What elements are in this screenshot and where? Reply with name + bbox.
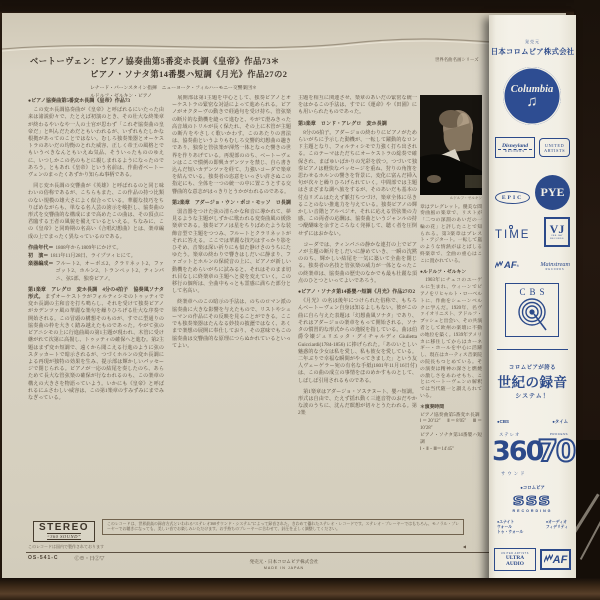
label-logo-row-2: EPIC PYE xyxy=(495,175,570,210)
recording-word: RECORDING xyxy=(489,509,576,513)
photograph-scene: ベートーヴェン：ピアノ協奏曲第5番変ホ長調《皇帝》作品73＊ ピアノ・ソナタ第1… xyxy=(0,0,600,600)
united-artists-logo: UNITED ARTISTS xyxy=(539,138,570,157)
company-name: 日本コロムビア株式会社 xyxy=(489,46,576,57)
artists-word: ARTISTS xyxy=(544,148,565,153)
domestic-pressing-text: このレコードは国内で製作されております xyxy=(28,544,104,550)
conductor-credit: レナード・バーンスタイン指揮 ニューヨーク・フィルハーモニー交響楽団＊ xyxy=(90,84,257,91)
obi-strip: 発売元 日本コロムビア株式会社 Columbia ♫ Disneyland RE… xyxy=(489,15,576,596)
music-notes-icon: ♫ xyxy=(526,95,537,109)
album-title-line2: ピアノ・ソナタ第14番嬰ハ短調《月光》作品27の2 xyxy=(90,68,287,80)
reflection-streak xyxy=(576,493,600,542)
movement1-text: まずオーケストラがフォルティシモのトゥッティで変ホ長調の主和音を打ち鳴らし、それ… xyxy=(28,294,164,401)
bottom-logo-row: UNITED ARTISTS ULTRA AUDIO AF xyxy=(494,548,571,571)
label-logo-row-3: TIME VJ VEE JAY RECORDS xyxy=(495,217,570,247)
liner-paragraph: 8分の6拍子。アダージョの終わりにピアノがためらいがちに予示した動機が、一転して… xyxy=(298,130,417,238)
data-value: 1811年11月28日、ライプツィヒにて。 xyxy=(50,253,164,260)
liner-paragraph: コーダでは、ティンパニの静かな連打の上でピアノが主題の断片をしだいに静めていき、… xyxy=(298,242,417,285)
bullet-cbs: ●CBS xyxy=(497,419,509,425)
slogan-century-recording: 世紀の録音 xyxy=(489,371,576,391)
liner-paragraph: 第1楽章はアダージョ・ソステヌート、嬰ハ短調。形式は自由で、たえず揺れ動く三連音… xyxy=(298,389,417,418)
album-back-cover: ベートーヴェン：ピアノ協奏曲第5番変ホ長調《皇帝》作品73＊ ピアノ・ソナタ第1… xyxy=(2,13,566,578)
time-ring-icon xyxy=(509,225,513,229)
time-records-logo: TIME xyxy=(495,229,530,241)
artist-photo-illustration xyxy=(420,95,482,195)
cbs-wordmark: CBS xyxy=(519,287,548,297)
premiere-row: 初 演＝ 1811年11月28日、ライプツィヒにて。 xyxy=(28,253,164,260)
instrumentation-row: 楽器編成＝ フルート2、オーボエ2、クラリネット2、ファゴット2、ホルン2、トラ… xyxy=(28,261,164,283)
bullet-row-wall-fidelity: ●ユナイト ウォール トゥ・ウォール ●オーディオ フィデリティ xyxy=(497,520,568,534)
data-value: フルート2、オーボエ2、クラリネット2、ファゴット2、ホルン2、トランペット2、… xyxy=(55,261,164,283)
liner-paragraph: 主題を相互に関連させ、楽章のあいだの緊密な統一をはかるこの手法は、すでに《運命》… xyxy=(298,95,417,117)
background-sleeve-object xyxy=(576,440,600,580)
made-in-japan: MADE IN JAPAN xyxy=(2,566,566,570)
record-grooves-icon xyxy=(510,297,554,333)
liner-notes-column-4: ルドルフ・ゼルキン 章はアレグレット。優美な間奏曲風の楽章で、リストが「二つの深… xyxy=(420,95,482,517)
work-heading-sonata: ●ピアノ・ソナタ第14番嬰ハ短調《月光》作品27の2 xyxy=(298,289,417,296)
liner-paragraph: この変ホ長調協奏曲が《皇帝》と呼ばれるにいたった由来は諸説紛々で、たとえば初演の… xyxy=(28,107,164,179)
mainstream-records-logo: Mainstream RECORDS xyxy=(540,261,570,271)
slogan-system: システム！ xyxy=(489,391,576,400)
obi-divider xyxy=(497,349,568,350)
disneyland-records-logo: Disneyland RECORDS xyxy=(495,137,535,158)
sound-label: サウンド xyxy=(501,471,527,477)
photo-caption: ルドルフ・ゼルキン xyxy=(420,196,482,201)
movement1-paragraph: 第1楽章 アレグロ 変ホ長調 4分の4拍子 協奏風ソナタ形式。 まずオーケストラ… xyxy=(28,287,164,402)
vee-jay-records-logo: VJ VEE JAY RECORDS xyxy=(544,217,570,247)
bullet-audio-fidelity: ●オーディオ フィデリティ xyxy=(546,520,568,534)
performance-time-value2: Ⅰ・Ⅱ・Ⅲ＝14′45″ xyxy=(420,447,482,454)
artist-bio-heading: ●ルドルフ・ゼルキン xyxy=(420,270,482,277)
performance-time-work2: ピアノ・ソナタ第14番嬰ハ短調 xyxy=(420,433,482,447)
ultra-audio-word: ULTRA AUDIO xyxy=(506,555,524,567)
stereo-word: STEREO xyxy=(39,523,89,533)
360-sound-number: 360 xyxy=(492,436,542,467)
liner-paragraph: 展開部は第1主題を中心として、独奏ピアノとオーケストラの緊密な対話によって進めら… xyxy=(172,95,291,196)
time-wordmark: TIME xyxy=(495,229,530,241)
vj-monogram: VJ xyxy=(550,223,565,235)
liner-notes-column-1: ●ピアノ協奏曲第5番変ホ長調《皇帝》作品73 この変ホ長調協奏曲が《皇帝》と呼ば… xyxy=(28,95,164,517)
artist-photo xyxy=(420,95,482,195)
domestic-pressing-note: このレコードは国内で製作されております ◀ xyxy=(28,544,466,550)
publisher-line: 発売元・日本コロムビア株式会社 xyxy=(2,559,566,565)
stereo-360-sound-logo: STEREO “360 SOUND” xyxy=(33,521,95,542)
registered-mark: ® xyxy=(517,264,519,268)
data-value: 1808年から1809年にかけて。 xyxy=(55,245,164,252)
data-label: 初 演＝ xyxy=(28,253,48,260)
reflection-streak xyxy=(580,520,600,560)
360-sound-word: “360 SOUND” xyxy=(47,533,81,541)
album-title-line1: ベートーヴェン：ピアノ協奏曲第5番変ホ長調《皇帝》作品73＊ xyxy=(30,55,280,67)
movement3-heading: 第3楽章 ロンド・アレグロ 変ホ長調 xyxy=(298,121,417,128)
mainstream-wordmark: Mainstream xyxy=(540,261,570,268)
stereo-playback-note: このレコードは、世界最高の録音方式といわれる“ステレオ360サウンド・システム”… xyxy=(102,519,464,535)
liner-paragraph: 同じ変ホ長調の交響曲が《英雄》と呼ばれるのと同じ味わいの俗称であるが、こちらもま… xyxy=(28,183,164,241)
label-logo-row-4: AF ® Mainstream RECORDS xyxy=(495,260,570,271)
sss-recording-logo: SSS xyxy=(489,494,576,508)
data-label: 作曲年代＝ xyxy=(28,245,53,252)
liner-paragraph: 弱音器をつけた弦の清らかな和音に導かれて、夢見るような主題がしずかに歌われる変奏… xyxy=(172,209,291,295)
bullet-unite-wall-to-wall: ●ユナイト ウォール トゥ・ウォール xyxy=(497,520,523,534)
liner-paragraph: 章はアレグレット。優美な間奏曲風の楽章で、リストが「二つの深淵のあいだの一輪の花… xyxy=(420,205,482,266)
slogan-small: コロムビアが誇る xyxy=(489,363,576,371)
movement2-heading: 第2楽章 アダージョ・ウン・ポコ・モッソ ロ長調 xyxy=(172,200,291,207)
pye-records-logo: PYE xyxy=(535,175,570,210)
epic-records-logo: EPIC xyxy=(495,191,530,204)
series-label: 世界名曲名画シリーズ xyxy=(435,57,479,63)
work-heading-concerto: ●ピアノ協奏曲第5番変ホ長調《皇帝》作品73 xyxy=(28,98,164,105)
disneyland-records-word: RECORDS xyxy=(498,149,532,153)
triangle-mark: ◀ xyxy=(463,544,466,550)
artist-bio-paragraph: 1903年にチェコのエーゲルに生まれ、ウィーンでピアノをリヒャルト・ローベルトに… xyxy=(420,278,482,400)
composition-date-row: 作曲年代＝ 1808年から1809年にかけて。 xyxy=(28,245,164,252)
columbia-records-logo: Columbia ♫ xyxy=(503,67,561,125)
wood-table-foreground xyxy=(0,578,600,600)
performance-time-value1: Ⅰ＝20′12″ Ⅱ＝8′05″ Ⅲ＝10′28″ xyxy=(420,419,482,433)
audio-fidelity-logo-small: AF ® xyxy=(495,260,519,271)
liner-paragraph: 《月光》の名は後年につけられた俗称で、もちろんベートーヴェン自身は知るよしもない… xyxy=(298,298,417,384)
lightning-icon xyxy=(495,261,503,270)
liner-notes-column-3: 主題を相互に関連させ、楽章のあいだの緊密な統一をはかるこの手法は、すでに《運命》… xyxy=(298,95,417,517)
process-70-number: 70 xyxy=(538,434,574,468)
audio-fidelity-logo-large: AF xyxy=(540,549,571,570)
af-wordmark: AF xyxy=(553,554,568,566)
liner-paragraph: 終楽章へのこの暗示の手法は、のちのロマン派の協奏曲に大きな影響を与えたもので、リ… xyxy=(172,299,291,349)
ultra-audio-logo: UNITED ARTISTS ULTRA AUDIO xyxy=(494,548,536,571)
lightning-icon xyxy=(544,554,553,565)
cbs-records-logo: CBS xyxy=(505,283,559,337)
mainstream-records-word: RECORDS xyxy=(546,268,565,271)
label-logo-row-1: Disneyland RECORDS UNITED ARTISTS xyxy=(495,137,570,158)
bullet-columbia: ●コロムビア xyxy=(489,485,576,491)
bullet-row-cbs-time: ●CBS ●タイム xyxy=(497,419,568,425)
distributor-label: 発売元 xyxy=(489,39,576,45)
data-label: 楽器編成＝ xyxy=(28,261,53,283)
footer-divider xyxy=(26,552,544,553)
bullet-time: ●タイム xyxy=(552,419,568,425)
af-wordmark: AF xyxy=(504,260,517,271)
vee-jay-records-word: VEE JAY RECORDS xyxy=(546,235,568,241)
liner-notes-column-2: 展開部は第1主題を中心として、独奏ピアノとオーケストラの緊密な対話によって進めら… xyxy=(172,95,291,517)
performance-time-heading: ＊演奏時間 xyxy=(420,405,482,412)
